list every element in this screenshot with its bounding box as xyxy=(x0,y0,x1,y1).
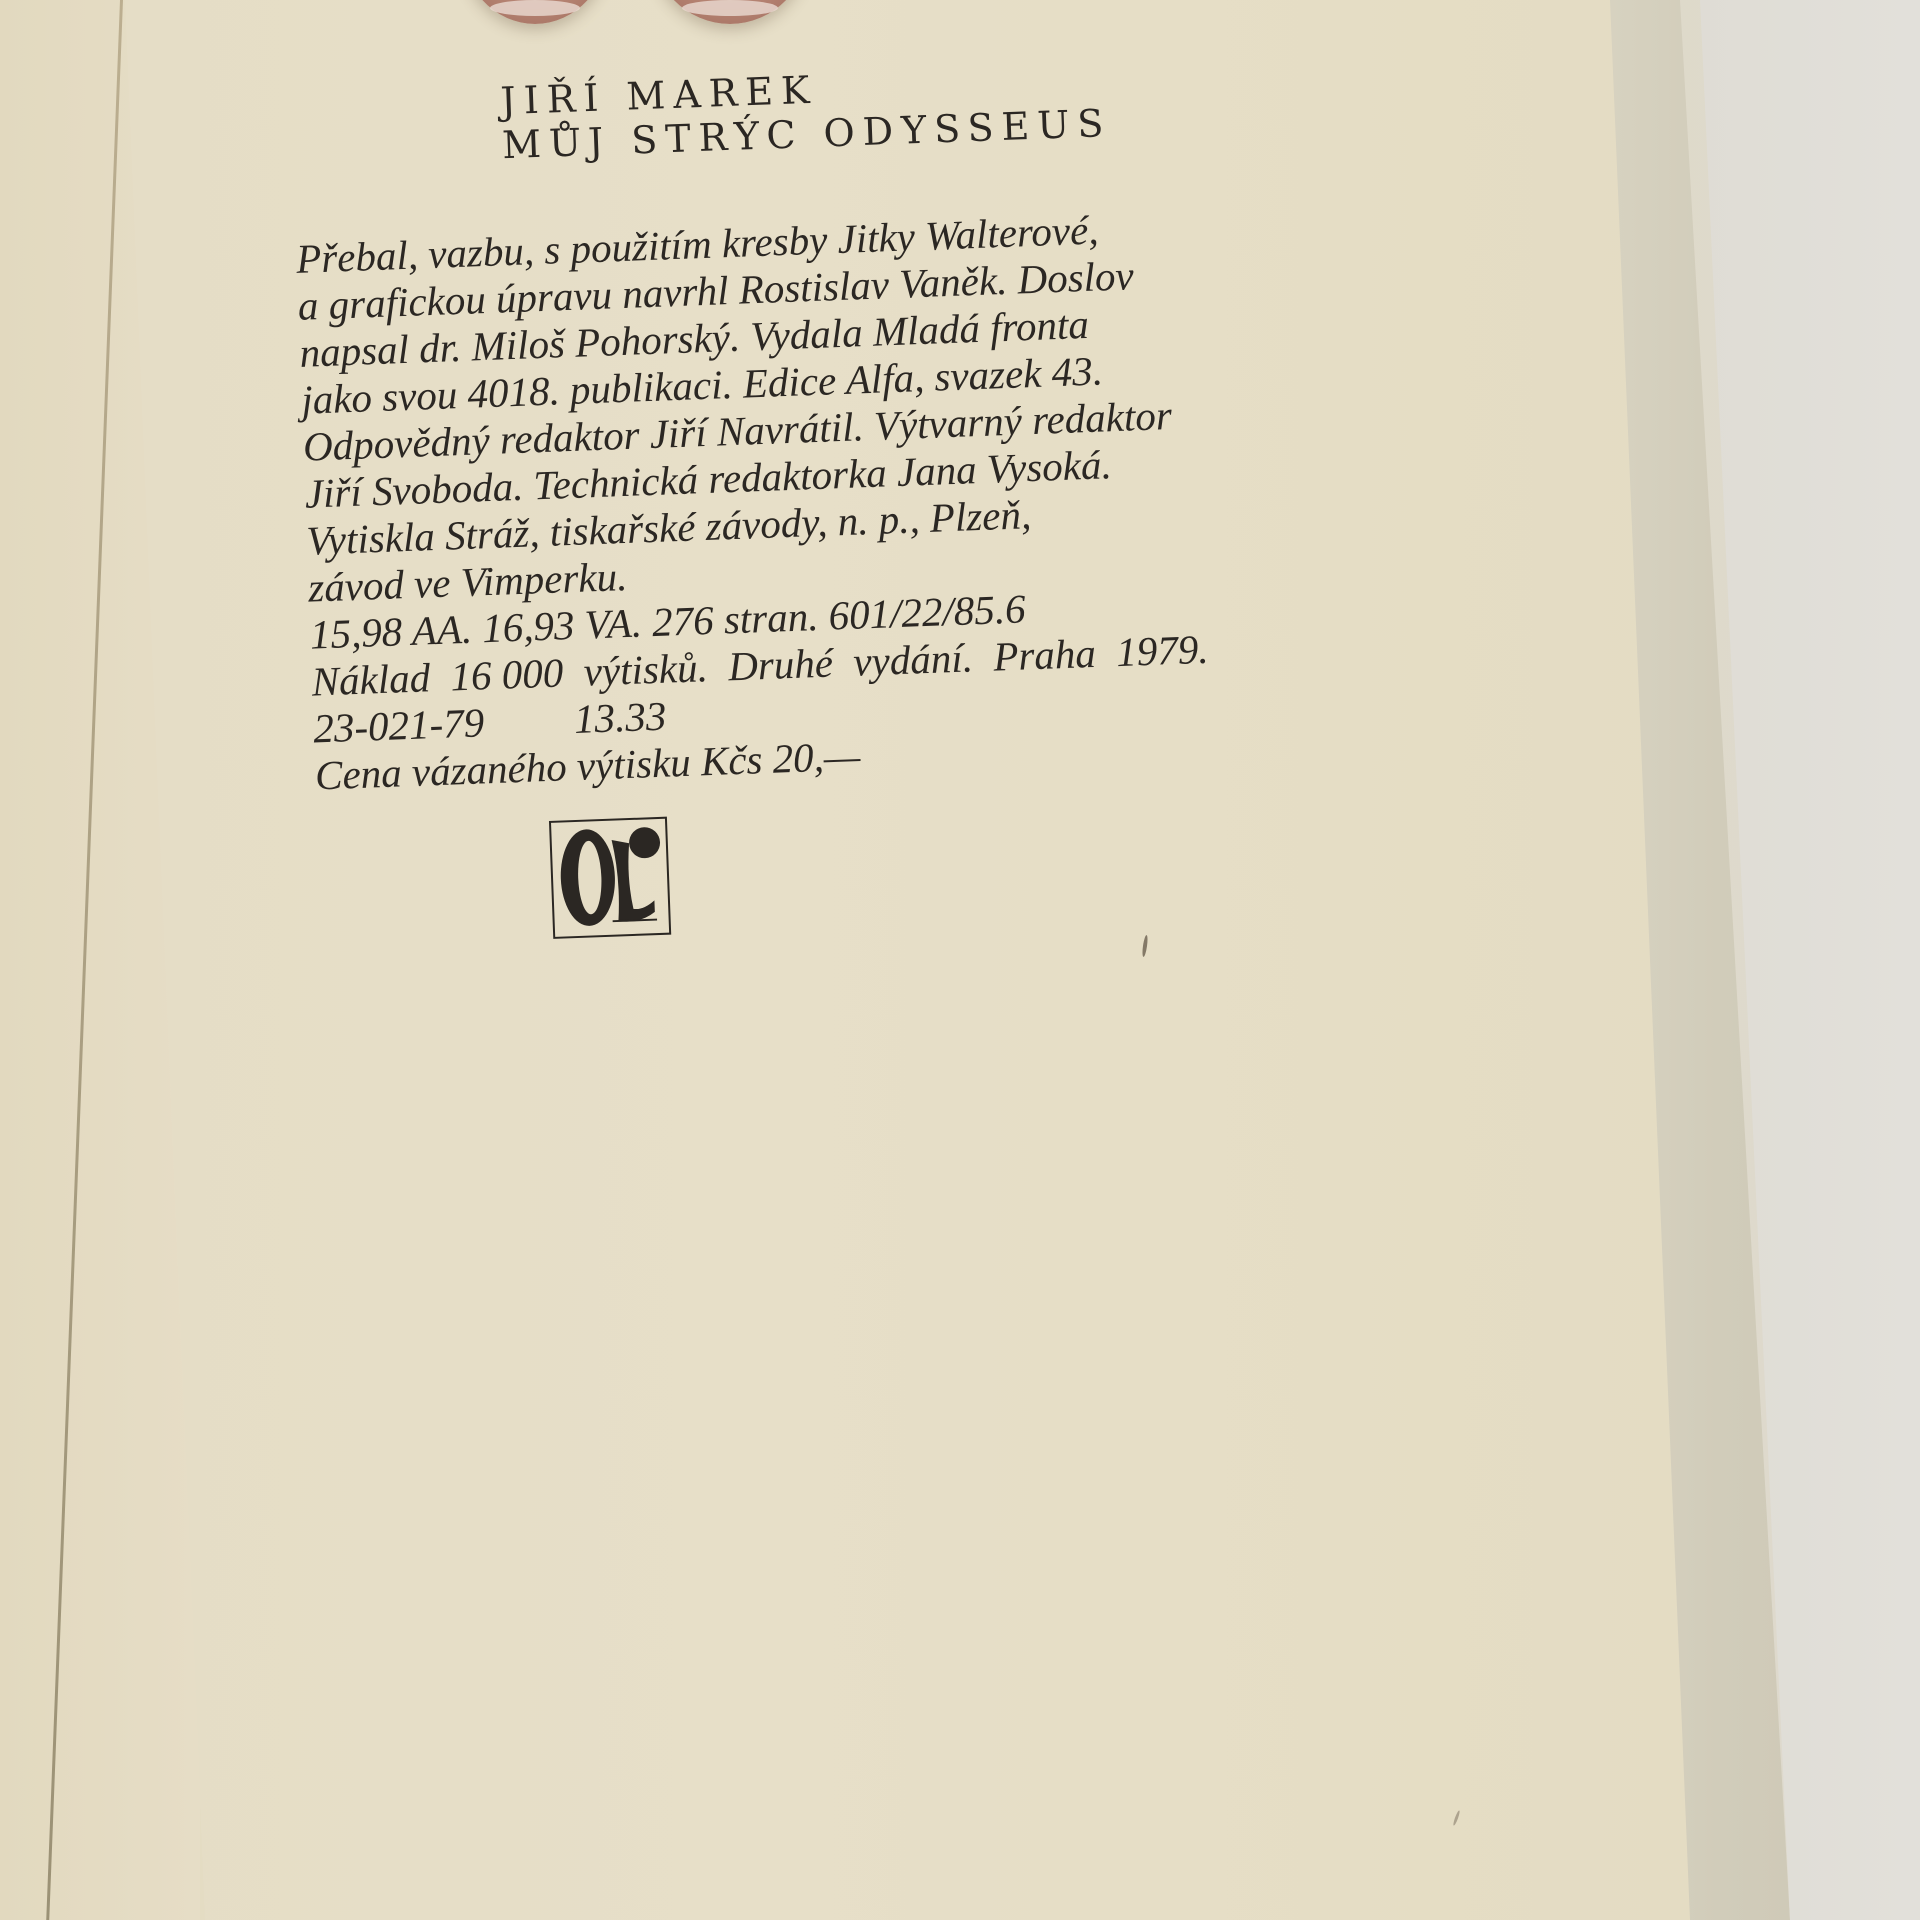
finger xyxy=(650,0,810,24)
finger xyxy=(460,0,610,24)
book-photo: JIŘÍ MAREK MŮJ STRÝC ODYSSEUS Přebal, va… xyxy=(0,0,1920,1920)
publisher-logo-icon xyxy=(549,817,671,939)
catalog-code: 13.33 xyxy=(573,693,667,742)
catalog-number: 23-021-79 xyxy=(313,699,485,751)
imprint-page: JIŘÍ MAREK MŮJ STRÝC ODYSSEUS Přebal, va… xyxy=(290,50,1415,800)
colophon-text: Přebal, vazbu, s použitím kresby Jitky W… xyxy=(295,196,1415,800)
holding-fingers xyxy=(420,0,840,30)
